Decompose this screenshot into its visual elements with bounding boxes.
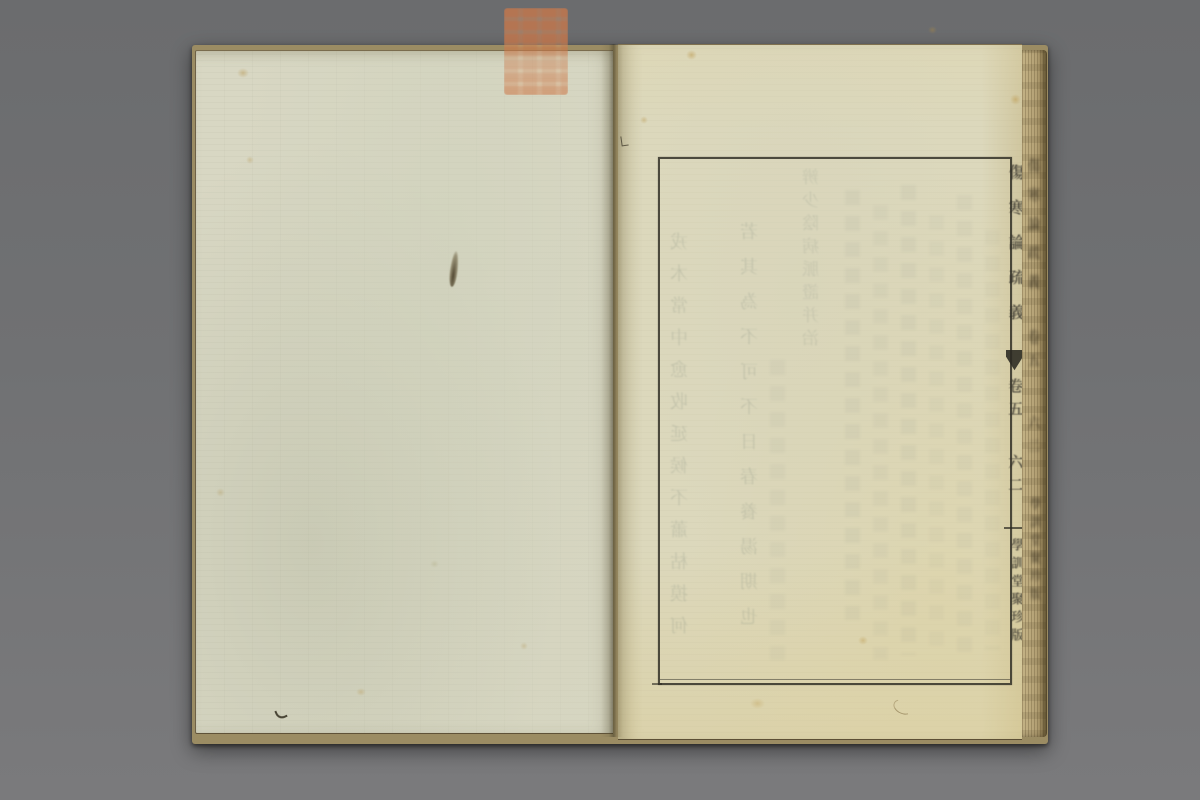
foxing-spot bbox=[520, 642, 528, 650]
bleedthrough-ghost-column bbox=[901, 185, 916, 655]
seal-stamp bbox=[504, 8, 568, 95]
left-page bbox=[195, 50, 613, 734]
bleedthrough-heading: 辨少陰病脈證并治 bbox=[800, 168, 825, 352]
small-pen-mark bbox=[620, 136, 628, 147]
foxing-spot bbox=[750, 698, 765, 709]
bleedthrough-ghost-column bbox=[873, 205, 888, 660]
foxing-spot bbox=[237, 68, 249, 78]
fold-ink-smear: 傷寒論疏義 卷五 六二 學訓堂聚珍版 bbox=[1025, 158, 1044, 698]
fold-smear-title: 傷寒論疏義 bbox=[1025, 158, 1043, 303]
foxing-spot bbox=[216, 488, 225, 497]
photograph-backdrop: 辨少陰病脈證并治 若其為不可不日春養湯期也 戎木常中愈收延候不蕭枯摸何 傷寒論疏… bbox=[0, 0, 1200, 800]
fold-smear-folio: 六二 bbox=[1025, 415, 1043, 461]
foxing-spot bbox=[640, 116, 648, 124]
foxing-spot bbox=[246, 156, 254, 164]
bleedthrough-ghost-column bbox=[985, 230, 1000, 650]
bleedthrough-ghost-column bbox=[957, 195, 972, 655]
foxing-spot bbox=[356, 688, 366, 696]
foxing-spot bbox=[430, 560, 439, 568]
fold-smear-volume: 卷五 bbox=[1025, 329, 1043, 375]
bleedthrough-column: 若其為不可不日春養湯期也 bbox=[738, 222, 764, 642]
bleedthrough-ghost-column bbox=[929, 215, 944, 655]
fold-smear-publisher: 學訓堂聚珍版 bbox=[1026, 497, 1042, 605]
bleedthrough-ghost-column bbox=[845, 190, 860, 620]
foxing-spot bbox=[686, 50, 697, 60]
bleedthrough-ghost-column bbox=[770, 360, 785, 660]
foxing-spot bbox=[1010, 94, 1021, 105]
bleedthrough-column: 戎木常中愈收延候不蕭枯摸何 bbox=[668, 232, 694, 648]
book-gutter bbox=[601, 44, 623, 737]
foxing-spot bbox=[928, 26, 937, 34]
foxing-spot bbox=[858, 636, 868, 645]
